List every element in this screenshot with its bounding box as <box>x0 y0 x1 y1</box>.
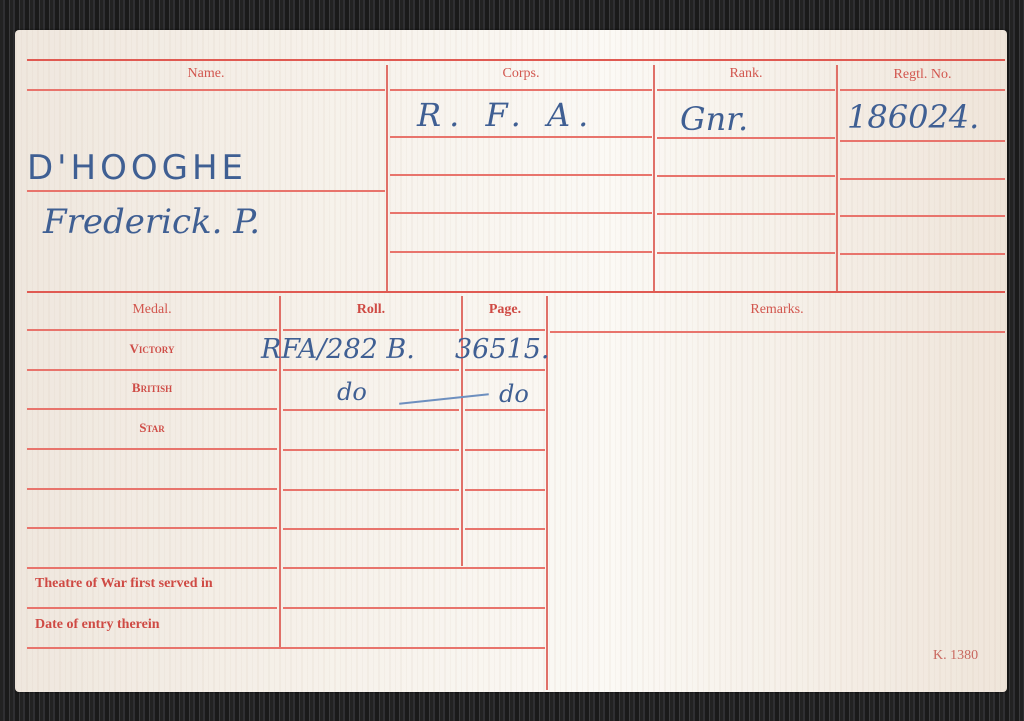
corps-label: Corps. <box>390 66 652 82</box>
rule <box>657 89 835 91</box>
medal-british-label: British <box>27 380 277 396</box>
rule <box>283 449 459 451</box>
surname-entry: D'HOOGHE <box>27 148 247 188</box>
rule <box>390 212 652 214</box>
rule <box>283 329 459 331</box>
rule <box>27 369 277 371</box>
rule <box>27 89 385 91</box>
rule <box>390 174 652 176</box>
rule <box>465 489 545 491</box>
victory-page-entry: 36515. <box>455 334 549 365</box>
form-code: K. 1380 <box>933 648 978 664</box>
rule <box>283 528 459 530</box>
column-divider <box>386 65 388 291</box>
name-label: Name. <box>27 66 385 82</box>
column-divider <box>836 65 838 291</box>
rule <box>465 449 545 451</box>
rule <box>27 567 277 569</box>
theatre-of-war-label: Theatre of War first served in <box>35 576 279 592</box>
remarks-column-header: Remarks. <box>549 302 1005 318</box>
roll-column-header: Roll. <box>281 302 461 318</box>
rule <box>27 607 277 609</box>
rule <box>840 253 1005 255</box>
rule <box>390 89 652 91</box>
rule <box>27 291 1005 293</box>
rule <box>840 140 1005 142</box>
rule <box>840 89 1005 91</box>
corps-entry: R. F. A. <box>417 96 596 134</box>
rule <box>390 136 652 138</box>
rule <box>283 369 459 371</box>
british-page-entry: do <box>499 380 529 408</box>
british-roll-entry: do <box>337 378 367 406</box>
rule <box>657 252 835 254</box>
victory-roll-entry: RFA/282 B. <box>261 334 415 365</box>
rule <box>283 489 459 491</box>
date-of-entry-label: Date of entry therein <box>35 617 279 633</box>
forenames-entry: Frederick. P. <box>43 202 260 242</box>
regtl-no-label: Regtl. No. <box>840 67 1005 83</box>
rule <box>283 567 545 569</box>
rule <box>27 488 277 490</box>
rule <box>657 175 835 177</box>
rule <box>283 607 545 609</box>
rule <box>840 178 1005 180</box>
rule <box>465 528 545 530</box>
medal-column-header: Medal. <box>27 302 277 318</box>
rule <box>390 251 652 253</box>
rank-label: Rank. <box>657 66 835 82</box>
rule <box>27 190 385 192</box>
ditto-dash <box>399 393 489 404</box>
rule <box>27 647 545 649</box>
rule <box>27 448 277 450</box>
rank-entry: Gnr. <box>680 100 748 138</box>
rule <box>27 329 277 331</box>
rule <box>27 408 277 410</box>
rule <box>550 331 1005 333</box>
medal-victory-label: Victory <box>27 341 277 357</box>
rule <box>27 527 277 529</box>
rule <box>465 409 545 411</box>
rule <box>657 213 835 215</box>
rule <box>465 369 545 371</box>
column-divider <box>653 65 655 291</box>
rule <box>27 59 1005 61</box>
rule <box>465 329 545 331</box>
medal-star-label: Star <box>27 420 277 436</box>
rule <box>840 215 1005 217</box>
regtl-no-entry: 186024. <box>847 98 979 136</box>
page-column-header: Page. <box>463 302 547 318</box>
medal-index-card: Name. Corps. Rank. Regtl. No. D'HOOGHE F… <box>15 30 1007 692</box>
rule <box>283 409 459 411</box>
